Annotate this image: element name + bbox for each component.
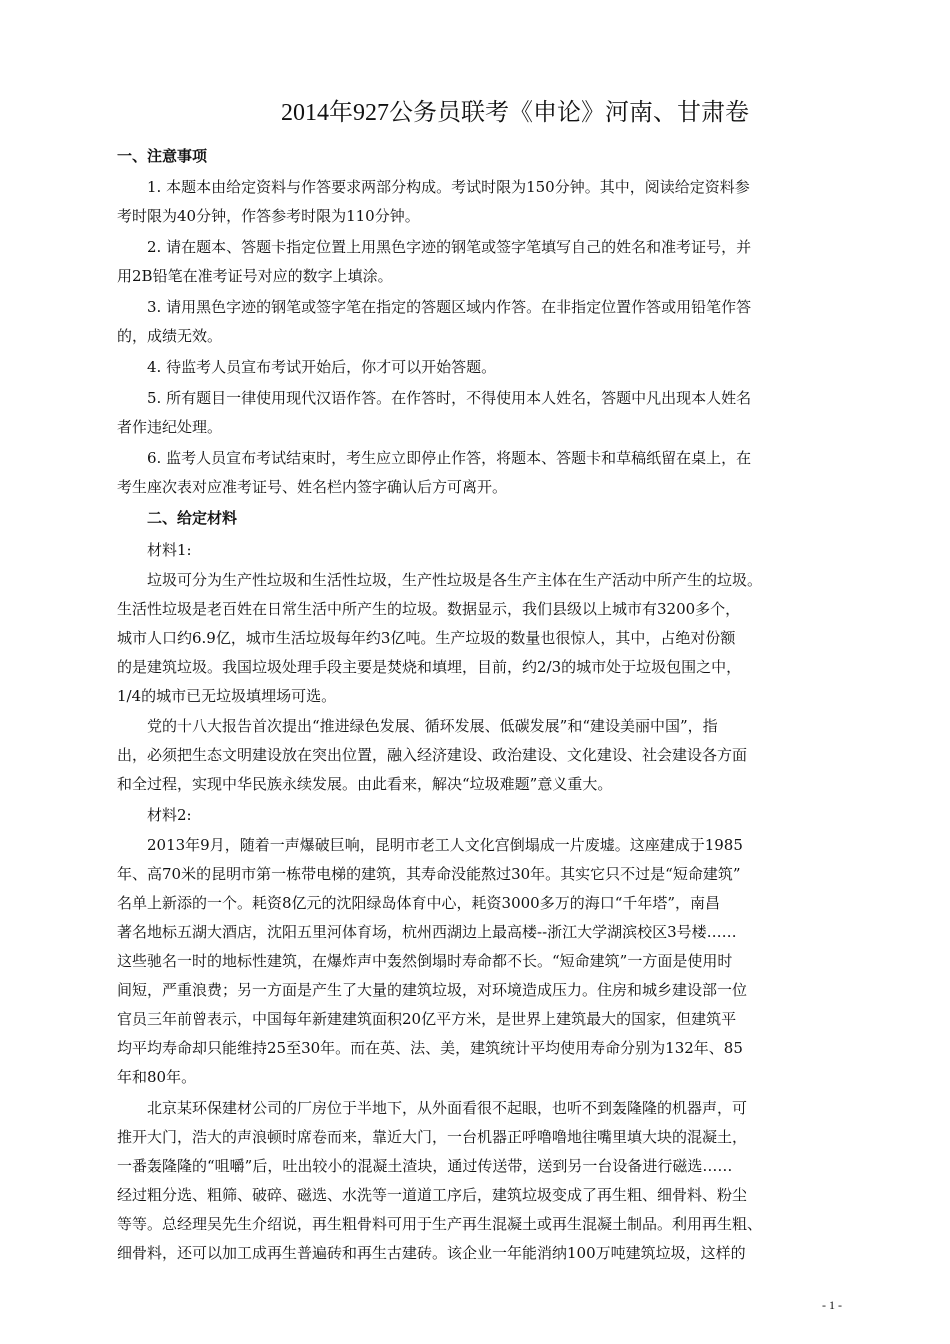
material-line: 一番轰隆隆的“咀嚼”后，吐出较小的混凝土渣块，通过传送带，送到另一台设备进行磁选… (117, 1155, 732, 1177)
material-line: 名单上新添的一个。耗资8亿元的沈阳绿岛体育中心，耗资3000多万的海口“千年塔”… (117, 892, 720, 914)
material-line: 著名地标五湖大酒店，沈阳五里河体育场，杭州西湖边上最高楼--浙江大学湖滨校区3号… (117, 921, 737, 943)
material-line: 城市人口约6.9亿，城市生活垃圾每年约3亿吨。生产垃圾的数量也很惊人，其中，占绝… (117, 627, 735, 649)
note-line: 者作违纪处理。 (117, 416, 222, 438)
page-number: - 1 - (822, 1298, 842, 1313)
material-line: 推开大门，浩大的声浪顿时席卷而来，靠近大门，一台机器正呼噜噜地往嘴里填大块的混凝… (117, 1126, 747, 1148)
material-line: 等等。总经理吴先生介绍说，再生粗骨料可用于生产再生混凝土或再生混凝土制品。利用再… (117, 1213, 762, 1235)
note-line: 5. 所有题目一律使用现代汉语作答。在作答时，不得使用本人姓名，答题中凡出现本人… (147, 387, 751, 409)
note-line: 考时限为40分钟，作答参考时限为110分钟。 (117, 205, 420, 227)
document-title: 2014年927公务员联考《申论》河南、甘肃卷 (0, 92, 950, 127)
material-line: 垃圾可分为生产性垃圾和生活性垃圾，生产性垃圾是各生产主体在生产活动中所产生的垃圾… (147, 569, 762, 591)
note-line: 1. 本题本由给定资料与作答要求两部分构成。考试时限为150分钟。其中，阅读给定… (147, 176, 750, 198)
material-line: 2013年9月，随着一声爆破巨响，昆明市老工人文化宫倒塌成一片废墟。这座建成于1… (147, 834, 743, 856)
material-line: 生活性垃圾是老百姓在日常生活中所产生的垃圾。数据显示，我们县级以上城市有3200… (117, 598, 740, 620)
note-line: 6. 监考人员宣布考试结束时，考生应立即停止作答，将题本、答题卡和草稿纸留在桌上… (147, 447, 751, 469)
material-line: 的是建筑垃圾。我国垃圾处理手段主要是焚烧和填埋，目前，约2/3的城市处于垃圾包围… (117, 656, 741, 678)
material-line: 间短，严重浪费；另一方面是产生了大量的建筑垃圾，对环境造成压力。住房和城乡建设部… (117, 979, 747, 1001)
material-line: 年、高70米的昆明市第一栋带电梯的建筑，其寿命没能熬过30年。其实它只不过是“短… (117, 863, 741, 885)
note-line: 用2B铅笔在准考证号对应的数字上填涂。 (117, 265, 393, 287)
note-line: 考生座次表对应准考证号、姓名栏内签字确认后方可离开。 (117, 476, 507, 498)
material-line: 北京某环保建材公司的厂房位于半地下，从外面看很不起眼，也听不到轰隆隆的机器声，可 (147, 1097, 747, 1119)
note-line: 4. 待监考人员宣布考试开始后，你才可以开始答题。 (147, 356, 496, 378)
note-line: 2. 请在题本、答题卡指定位置上用黑色字迹的钢笔或签字笔填写自己的姓名和准考证号… (147, 236, 751, 258)
material-label: 材料2: (147, 804, 192, 826)
material-line: 党的十八大报告首次提出“推进绿色发展、循环发展、低碳发展”和“建设美丽中国”，指 (147, 715, 718, 737)
section-heading-materials: 二、给定材料 (147, 507, 237, 529)
material-line: 官员三年前曾表示，中国每年新建建筑面积20亿平方米，是世界上建筑最大的国家，但建… (117, 1008, 736, 1030)
material-line: 细骨料，还可以加工成再生普遍砖和再生古建砖。该企业一年能消纳100万吨建筑垃圾，… (117, 1242, 746, 1264)
material-line: 出，必须把生态文明建设放在突出位置，融入经济建设、政治建设、文化建设、社会建设各… (117, 744, 747, 766)
material-line: 和全过程，实现中华民族永续发展。由此看来，解决“垃圾难题”意义重大。 (117, 773, 612, 795)
note-line: 的，成绩无效。 (117, 325, 222, 347)
section-heading-notes: 一、注意事项 (117, 145, 207, 167)
material-line: 年和80年。 (117, 1066, 196, 1088)
material-label: 材料1: (147, 539, 192, 561)
material-line: 经过粗分选、粗筛、破碎、磁选、水洗等一道道工序后，建筑垃圾变成了再生粗、细骨料、… (117, 1184, 747, 1206)
material-line: 均平均寿命却只能维持25至30年。而在英、法、美，建筑统计平均使用寿命分别为13… (117, 1037, 743, 1059)
material-line: 1/4的城市已无垃圾填埋场可选。 (117, 685, 336, 707)
material-line: 这些驰名一时的地标性建筑，在爆炸声中轰然倒塌时寿命都不长。“短命建筑”一方面是使… (117, 950, 732, 972)
note-line: 3. 请用黑色字迹的钢笔或签字笔在指定的答题区域内作答。在非指定位置作答或用铅笔… (147, 296, 751, 318)
document-page: 2014年927公务员联考《申论》河南、甘肃卷 一、注意事项 1. 本题本由给定… (0, 0, 950, 1344)
